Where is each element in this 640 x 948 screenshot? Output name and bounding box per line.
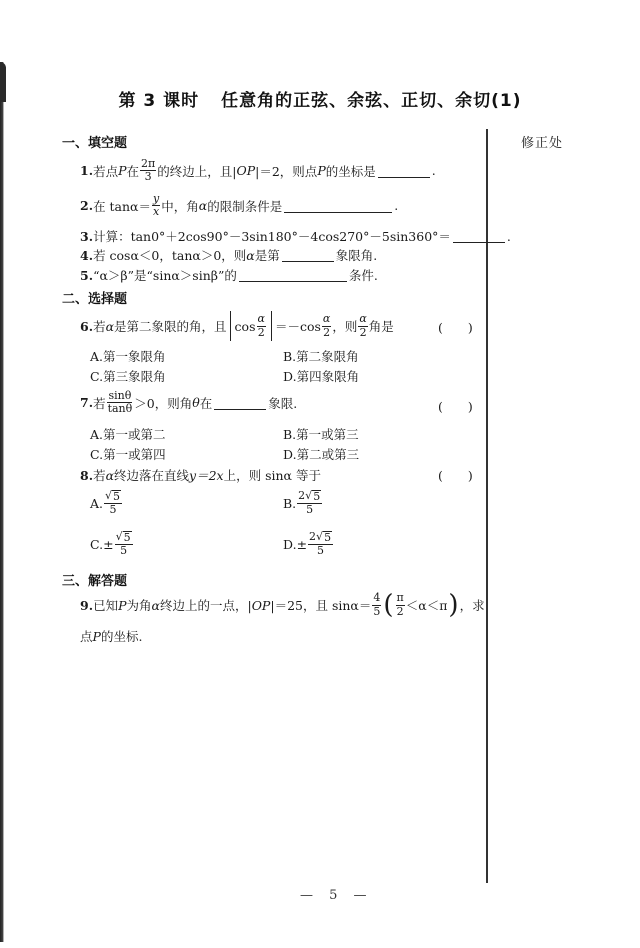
absolute-value-cos-half-alpha: cos α2 xyxy=(230,311,272,341)
section-multiple-choice-heading: 二、选择题 xyxy=(62,288,127,307)
sqrt-icon: √ xyxy=(316,531,323,543)
option-7a[interactable]: A.第一或第二 xyxy=(90,425,166,443)
answer-blank-2[interactable] xyxy=(284,199,392,213)
option-7d[interactable]: D.第二或第三 xyxy=(283,445,359,463)
fraction-y-x: yx xyxy=(152,193,160,218)
question-2: 2. 在 tanα＝ yx 中，角 α 的限制条件是 . xyxy=(80,193,398,218)
lesson-topic: 任意角的正弦、余弦、正切、余切(1) xyxy=(221,91,521,111)
option-6d[interactable]: D.第四象限角 xyxy=(283,367,359,385)
option-7b[interactable]: B.第一或第三 xyxy=(283,425,359,443)
answer-blank-7[interactable] xyxy=(214,396,266,410)
question-9: 9. 已知 P 为角 α 终边上的一点，| OP |＝25，且 sinα＝ 45… xyxy=(80,592,485,618)
sqrt-icon: √ xyxy=(116,531,123,543)
page-number: — 5 — xyxy=(300,888,373,903)
answer-blank-1[interactable] xyxy=(378,164,430,178)
section-fill-in-heading: 一、填空题 xyxy=(62,132,127,151)
sqrt-icon: √ xyxy=(305,490,312,502)
question-1: 1. 若点 P 在 2π3 的终边上，且| OP |＝2，则点 P 的坐标是 . xyxy=(80,158,436,183)
question-4: 4. 若 cosα＜0，tanα＞0，则 α 是第 象限角. xyxy=(80,246,377,264)
question-5: 5. “α＞β”是“sinα＞sinβ”的 条件. xyxy=(80,266,378,284)
answer-paren-7[interactable]: ( ) xyxy=(438,397,473,415)
section-solve-heading: 三、解答题 xyxy=(62,570,127,589)
page-title: 第 3 课时任意角的正弦、余弦、正切、余切(1) xyxy=(0,86,640,111)
answer-paren-6[interactable]: ( ) xyxy=(438,318,473,336)
option-8b[interactable]: B. 2√55 xyxy=(283,490,323,516)
answer-blank-3[interactable] xyxy=(453,229,505,243)
book-spine-shadow xyxy=(0,62,4,942)
option-7c[interactable]: C.第一或第四 xyxy=(90,445,166,463)
correction-margin-label: 修正处 xyxy=(521,132,563,151)
sqrt-icon: √ xyxy=(105,490,112,502)
lesson-number: 第 3 课时 xyxy=(118,91,199,111)
option-8a[interactable]: A. √55 xyxy=(90,490,123,516)
answer-blank-4[interactable] xyxy=(282,248,334,262)
option-6a[interactable]: A.第一象限角 xyxy=(90,347,166,365)
question-8: 8. 若 α 终边落在直线 y＝2x 上，则 sinα 等于 xyxy=(80,466,321,484)
question-9-line-2: 点 P 的坐标. xyxy=(80,627,142,645)
question-7: 7. 若 sinθtanθ ＞0，则角 θ 在 象限. xyxy=(80,390,297,415)
fraction-sin-over-tan: sinθtanθ xyxy=(107,390,134,415)
option-6b[interactable]: B.第二象限角 xyxy=(283,347,359,365)
question-6: 6. 若 α 是第二象限的角，且 cos α2 ＝－cos α2 ，则 α2 角… xyxy=(80,311,394,341)
question-3: 3. 计算：tan0°＋2cos90°－3sin180°－4cos270°－5s… xyxy=(80,227,511,245)
option-8c[interactable]: C. ± √55 xyxy=(90,531,134,557)
option-6c[interactable]: C.第三象限角 xyxy=(90,367,166,385)
answer-paren-8[interactable]: ( ) xyxy=(438,466,473,484)
answer-blank-5[interactable] xyxy=(239,268,347,282)
fraction-2pi-3: 2π3 xyxy=(140,158,156,183)
option-8d[interactable]: D. ± 2√55 xyxy=(283,531,334,557)
